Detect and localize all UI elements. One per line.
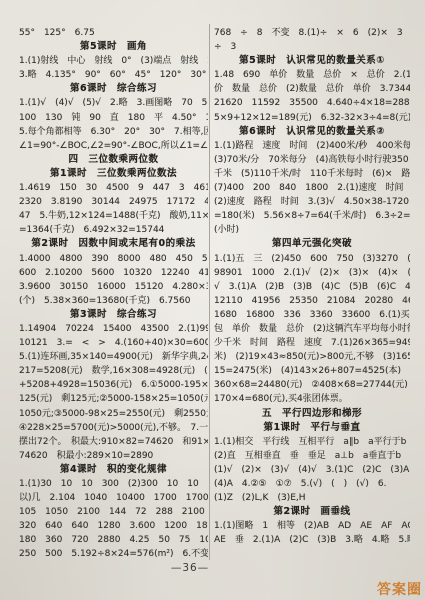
answer-line: 1050元;③5000-98×25=2550(元) 剩2550元; bbox=[19, 407, 208, 421]
answer-line: 少千米 时间 路程 速度 7.(1)26×365=9490(千 bbox=[214, 336, 410, 350]
section-heading: 第6课时 认识常见的数量关系② bbox=[214, 125, 410, 139]
section-heading: 第2课时 画垂线 bbox=[214, 505, 410, 519]
answer-line: 1.48 690 单价 数量 总价 × 总价 2.(1)单 bbox=[214, 68, 410, 82]
answer-line: 600 2.10200 5600 10320 12240 4140 21350 bbox=[19, 266, 208, 280]
answer-line: (小时) bbox=[214, 223, 410, 237]
answer-line: 1.14904 70224 15400 43500 2.(1)9968 (2) bbox=[19, 322, 208, 336]
answer-line: 1.(1)五 三 (2)450 600 750 (3)3270 (4) bbox=[214, 252, 410, 266]
answer-line: 1.4619 150 30 4500 9 447 3 4619 2.8064 bbox=[19, 181, 208, 195]
answer-line: 55° 125° 6.75 bbox=[19, 26, 208, 40]
answer-line: (1)√ (2)× (3)√ (4)√ 3.(1)C (2)C (3)A bbox=[214, 463, 410, 477]
section-heading: 第5课时 画角 bbox=[19, 40, 208, 54]
answer-line: 1680 16800 336 3360 33600 6.(1)买3个书 bbox=[214, 308, 410, 322]
answer-line: 180 360 720 2880 4.25 50 75 100 125 bbox=[19, 533, 208, 547]
section-heading: 第3课时 综合练习 bbox=[19, 308, 208, 322]
answer-line: 15=2475(米) (4)143×26+807=4525(本) (5)① bbox=[214, 364, 410, 378]
answer-line: 1.(1)射线 中心 射线 0° (3)端点 射线 2.略 bbox=[19, 54, 208, 68]
answer-line: 125(元) 剩125元;②5000-158×25=1050(元) 剩 bbox=[19, 392, 208, 406]
answer-line: ÷ 3 bbox=[214, 40, 410, 54]
answer-line: 1.(1)√ (4)√ (5)√ 2.略 3.画图略 70 50 bbox=[19, 96, 208, 110]
answer-line: 98901 1000 2.(1)√ (2)× (3)× (4)× (5) bbox=[214, 266, 410, 280]
answer-line: 105 1050 2100 144 72 288 2100 1050 bbox=[19, 505, 208, 519]
section-heading: 第5课时 认识常见的数量关系① bbox=[214, 54, 410, 68]
answer-line: 3.略 4.135° 90° 60° 45° 120° 30° bbox=[19, 68, 208, 82]
answer-line: ∠1=90°-∠BOC,∠2=90°-∠BOC,所以∠1=∠2。 bbox=[19, 139, 208, 153]
answer-line: AE 垂 2.(1)A (2)C (3)B 3.略 4.略 5.略 bbox=[214, 533, 410, 547]
answer-line: 217=5208(元) 数学,16×308=4928(元) (2)4900 bbox=[19, 364, 208, 378]
answer-line: 价 数量 总价 (2)数量 总价 单价 3.7344 bbox=[214, 82, 410, 96]
section-heading: 四 三位数乘两位数 bbox=[19, 153, 208, 167]
answer-line: 360×68=24480(元) ②408×68=27744(元) (6) bbox=[214, 378, 410, 392]
answer-line: 10121 3.= < > 4.(160+40)×30=6000(元) bbox=[19, 336, 208, 350]
answer-line: 5×9+12×12=189(元) 6.32-32×3÷4=8(元) bbox=[214, 111, 410, 125]
answer-line: (3)70米/分 70米每分 (4)高铁每小时行驶350 bbox=[214, 153, 410, 167]
answer-line: +5208+4928=15036(元) 6.①5000-195×25= bbox=[19, 378, 208, 392]
answer-book-page: 55° 125° 6.75第5课时 画角1.(1)射线 中心 射线 0° (3)… bbox=[0, 0, 425, 600]
section-heading: 第四单元强化突破 bbox=[214, 237, 410, 251]
answer-line: 摆出72个。 积最大:910×82=74620 和91×820= bbox=[19, 435, 208, 449]
answers-column-right: 768 ÷ 8 不变 8.(1)÷ × 6 (2)× 3÷ 3第5课时 认识常见… bbox=[214, 26, 410, 547]
column-divider bbox=[209, 24, 210, 560]
section-heading: 第2课时 因数中间或末尾有0的乘法 bbox=[19, 237, 208, 251]
answer-line: 3.9600 30150 16000 15120 4.280×30=8400 bbox=[19, 280, 208, 294]
answer-line: 170×4=680(元),买4张团体票。 bbox=[214, 392, 410, 406]
answer-line: 12110 41956 25350 21084 20280 46000 5.16… bbox=[214, 294, 410, 308]
section-heading: 第6课时 综合练习 bbox=[19, 82, 208, 96]
answers-column-left: 55° 125° 6.75第5课时 画角1.(1)射线 中心 射线 0° (3)… bbox=[19, 26, 208, 562]
answer-line: 100 130 钝 90 直 180 平 4.50° 130° bbox=[19, 111, 208, 125]
answer-line: 2320 3.8190 30144 24975 17172 4.4450 bbox=[19, 195, 208, 209]
answer-line: 1.(1)图略 1 相等 (2)AB AD AE AF AC bbox=[214, 519, 410, 533]
answer-line: (7)400 200 840 1800 2.(1)速度 时间 路程 bbox=[214, 181, 410, 195]
section-heading: 五 平行四边形和梯形 bbox=[214, 407, 410, 421]
answer-line: 74620 积最小:289×10=2890 bbox=[19, 449, 208, 463]
answer-line: 768 ÷ 8 不变 8.(1)÷ × 6 (2)× 3 bbox=[214, 26, 410, 40]
answer-line: 1.(1)相交 平行线 互相平行 a∥b a平行于b bbox=[214, 435, 410, 449]
answer-line: (1)Z (2)L,K (3)E,H bbox=[214, 491, 410, 505]
answer-line: 以)几 2.104 1040 10400 1700 1700 17000 bbox=[19, 491, 208, 505]
answer-line: √ 3.(1)A (2)B (3)B (4)C (5)B (6)C 4. bbox=[214, 280, 410, 294]
answer-line: 5.(1)连环画,35×140=4900(元) 新华字典,24× bbox=[19, 350, 208, 364]
answer-line: (2)直 互相垂直 垂 垂足 a⊥b a垂直于b 2. bbox=[214, 449, 410, 463]
watermark-logo: 答案圈 bbox=[377, 579, 422, 599]
answer-line: 千米 (5)110千米/时 110千米每时 (6)× 路程 bbox=[214, 167, 410, 181]
page-number: —36— bbox=[143, 562, 237, 574]
answer-line: =1364(千克) 6.492×32=15744 bbox=[19, 223, 208, 237]
answer-line: 1.(1)30 10 10 300 (2)300 10 10 30 乘(或 bbox=[19, 477, 208, 491]
answer-line: 米) (2)19×43≈850(元)>800元,不够 (3)165× bbox=[214, 350, 410, 364]
answer-line: (4)A 4.②⑤ ①⑦ 5.(√) ( ) (√) 6. bbox=[214, 477, 410, 491]
answer-line: 1.4000 4800 390 8000 480 450 560 930 bbox=[19, 252, 208, 266]
answer-line: 250 500 5.192÷8×24=576(m²) 6.不变 7.768 bbox=[19, 547, 208, 561]
answer-line: 1.(1)路程 速度 时间 (2)400米/秒 400米每秒 bbox=[214, 139, 410, 153]
answer-line: =180(米) 5.56×8÷7=64(千米/时) 6.3÷2=1.5 bbox=[214, 209, 410, 223]
section-heading: 第1课时 三位数乘两位数法 bbox=[19, 167, 208, 181]
answer-line: ④228×25=5700(元)>5000(元),不够。 7.一共能 bbox=[19, 421, 208, 435]
answer-line: 320 640 640 1280 3.600 1200 1800 4800 bbox=[19, 519, 208, 533]
section-heading: 第1课时 平行与垂直 bbox=[214, 421, 410, 435]
answer-line: (2)速度 路程 时间 3.(3)√ 4.50×38-1720 bbox=[214, 195, 410, 209]
section-heading: 第4课时 积的变化规律 bbox=[19, 463, 208, 477]
answer-line: 5.每个角都相等 6.30° 20° 30° 7.相等,因为 bbox=[19, 125, 208, 139]
answer-line: 47 5.牛奶,12×124=1488(千克) 酸奶,11×124 bbox=[19, 209, 208, 223]
answer-line: (个) 5.38×360=13680(千克) 6.7560 bbox=[19, 294, 208, 308]
answer-line: 包 单价 数量 总价 (2)这辆汽车平均每小时行多 bbox=[214, 322, 410, 336]
answer-line: 21620 11592 35500 4.640÷4×18=2880(元) 5. bbox=[214, 96, 410, 110]
